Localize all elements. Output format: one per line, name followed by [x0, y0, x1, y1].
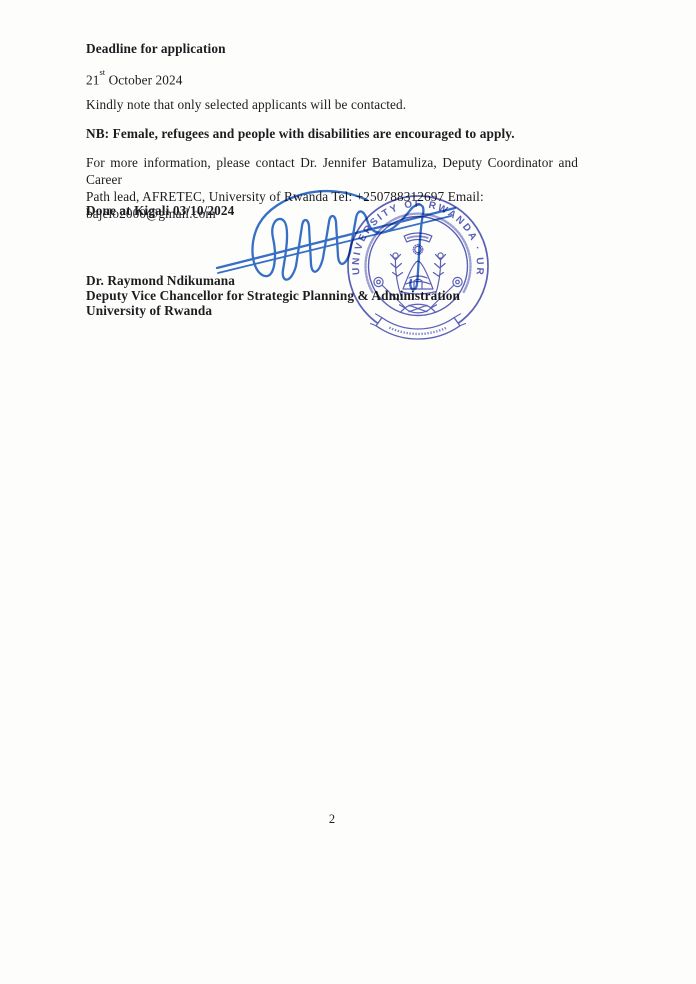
nb-line: NB: Female, refugees and people with dis…	[86, 126, 515, 143]
deadline-date: 21st October 2024	[86, 68, 183, 89]
stamp-bottom-ribbon	[371, 314, 466, 339]
deadline-heading: Deadline for application	[86, 41, 226, 58]
signature-icon	[205, 186, 470, 311]
selection-note: Kindly note that only selected applicant…	[86, 97, 406, 114]
date-rest: October 2024	[105, 72, 182, 87]
page-number: 2	[322, 812, 342, 827]
signature-strokes	[217, 191, 455, 289]
date-ordinal: st	[100, 67, 106, 77]
contact-line-1: For more information, please contact Dr.…	[86, 154, 578, 188]
document-page: Deadline for application 21st October 20…	[0, 0, 696, 984]
date-day: 21	[86, 72, 100, 87]
